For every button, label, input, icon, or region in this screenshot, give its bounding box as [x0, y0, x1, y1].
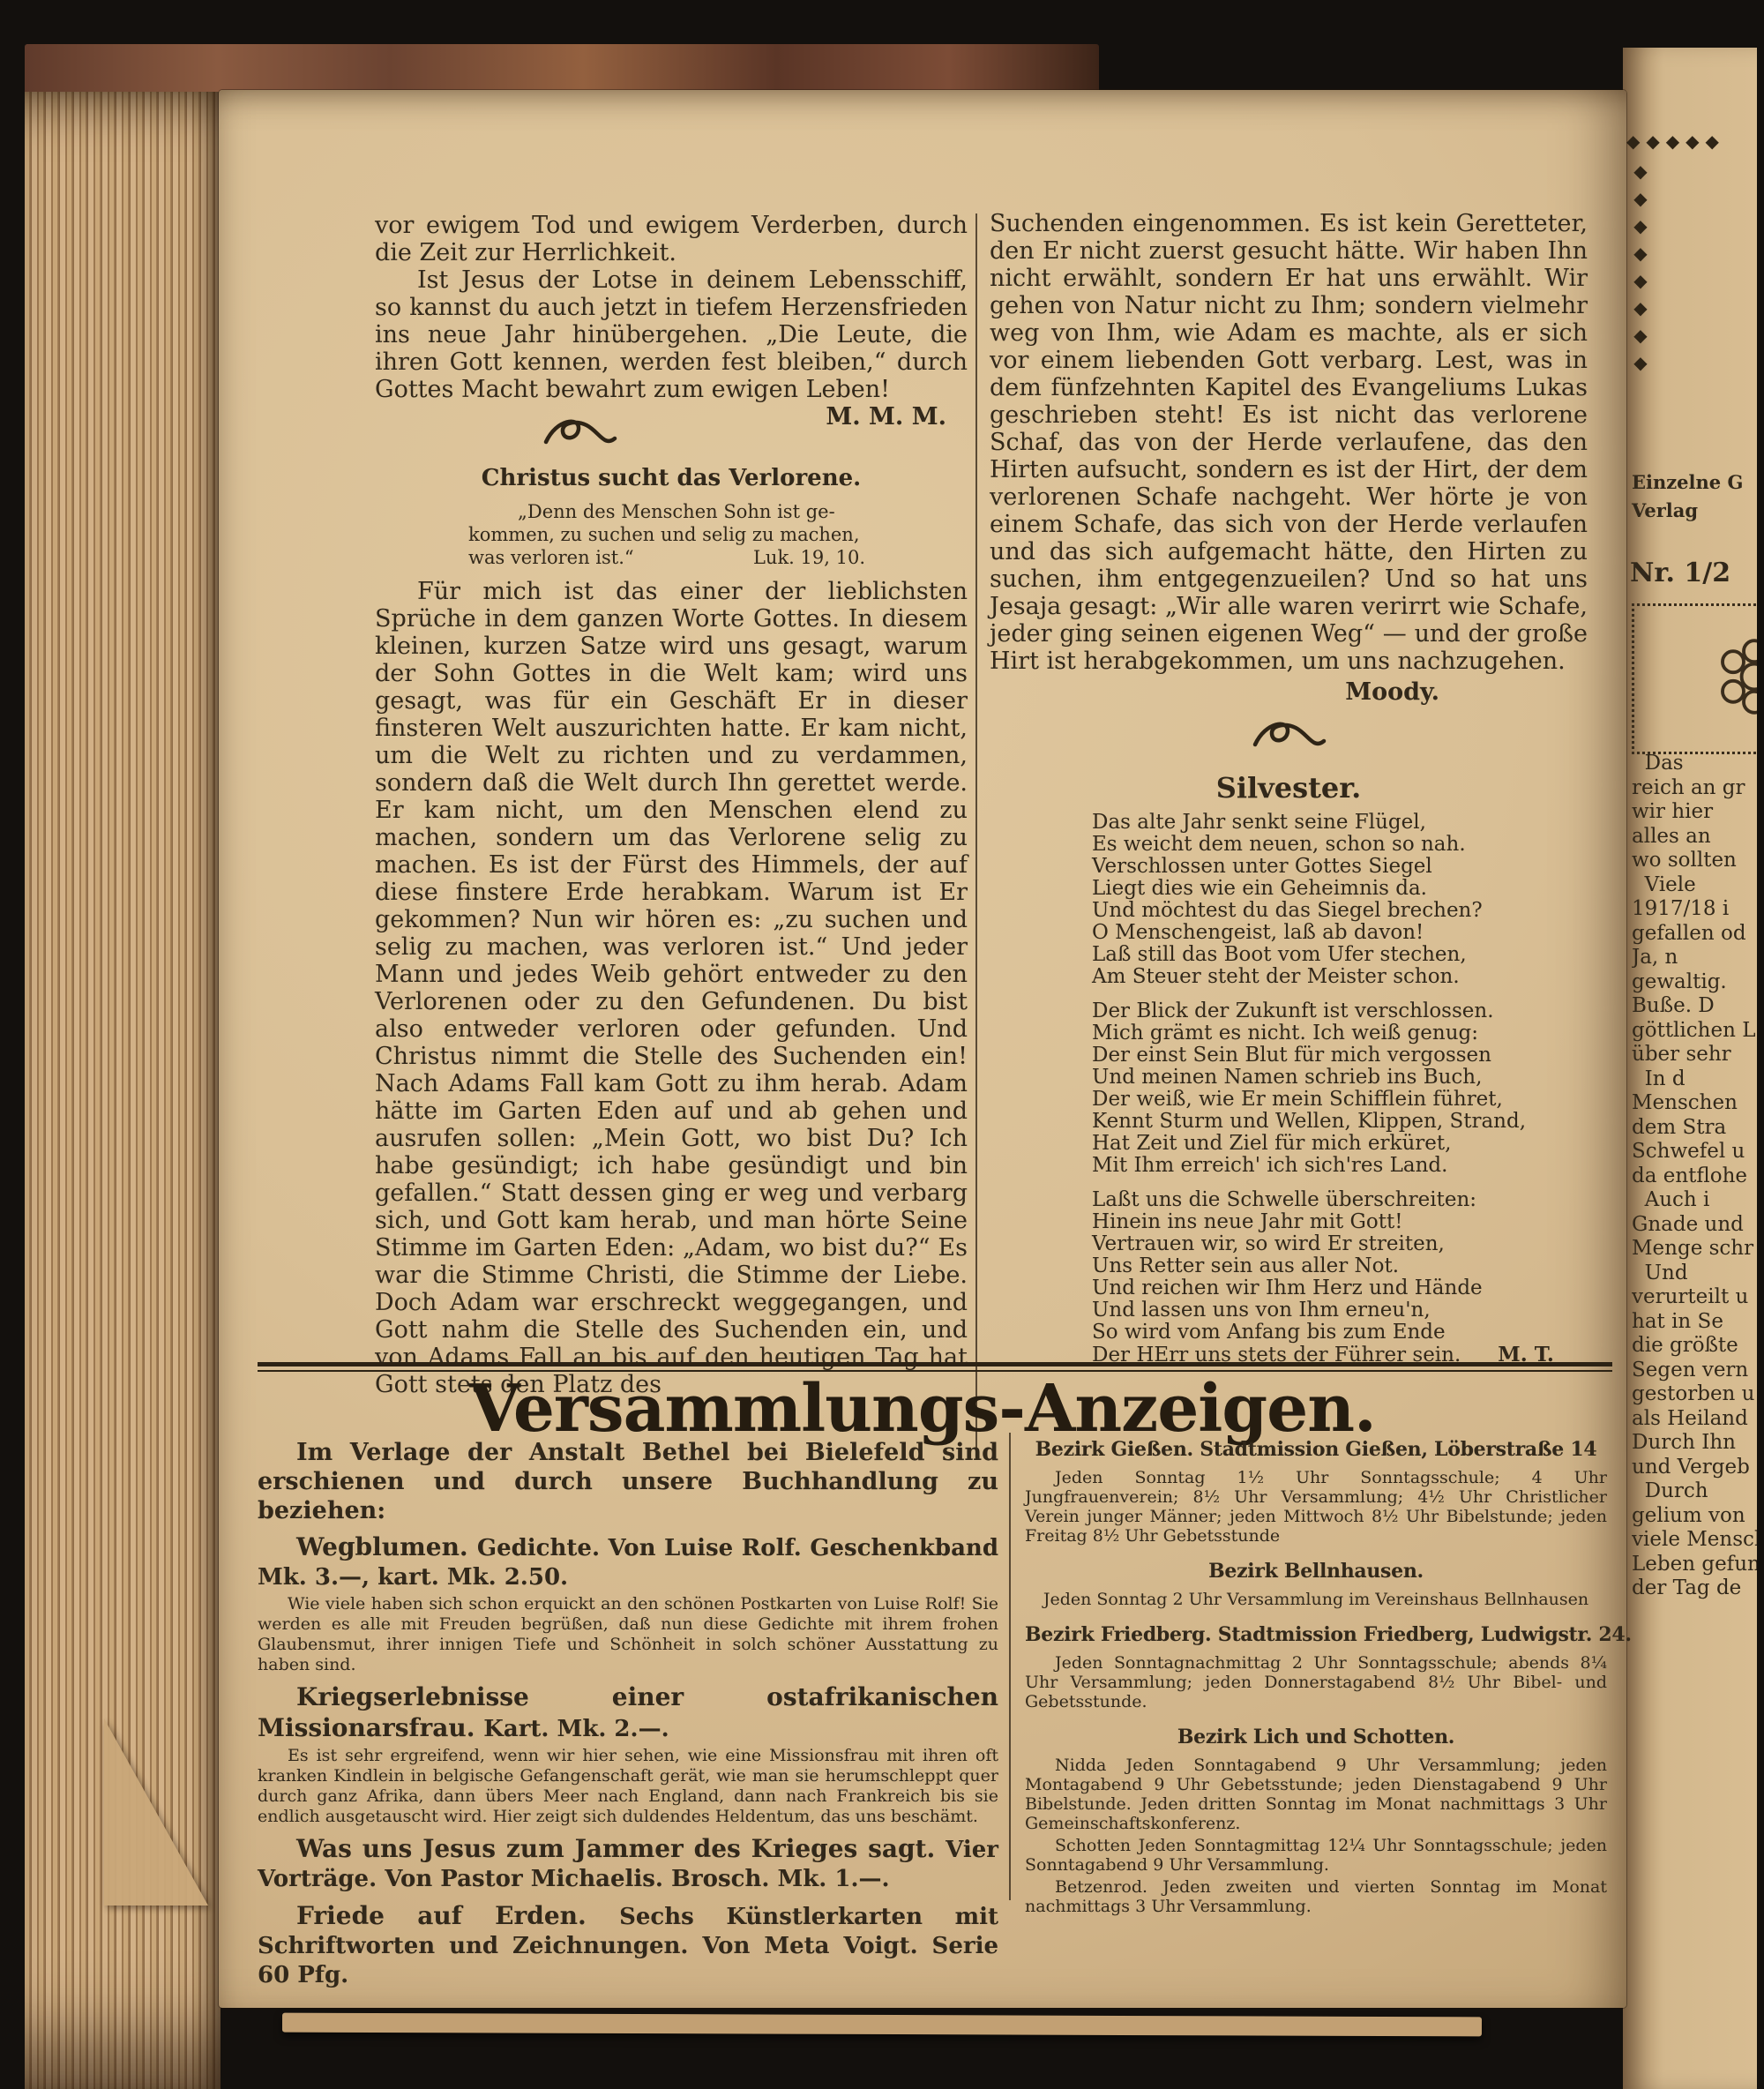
- scripture-epigraph: „Denn des Menschen Sohn ist ge- kommen, …: [468, 500, 874, 569]
- scripture-reference: Luk. 19, 10.: [753, 546, 865, 569]
- book-top-edge-marbling: [25, 44, 1099, 95]
- poem-line: Es weicht dem neuen, schon so nah.: [1092, 834, 1588, 856]
- paragraph: Ist Jesus der Lotse in deinem Lebensschi…: [375, 266, 968, 403]
- text-fragment: über sehr: [1632, 1043, 1757, 1067]
- poem-line: Mit Ihm erreich' ich sich'res Land.: [1092, 1155, 1588, 1177]
- district-schedule: Nidda Jeden Sonntagabend 9 Uhr Versammlu…: [1025, 1756, 1607, 1833]
- text-fragment: reich an gr: [1632, 776, 1757, 801]
- poem-stanza: Das alte Jahr senkt seine Flügel,Es weic…: [1092, 812, 1588, 988]
- text-fragment: Und: [1632, 1262, 1757, 1286]
- masthead-fragment: Verlag: [1632, 499, 1698, 521]
- text-fragment: wo sollten: [1632, 849, 1757, 873]
- text-fragment: Ja, n: [1632, 946, 1757, 970]
- article-right-column: Suchenden eingenommen. Es ist kein Geret…: [990, 210, 1588, 1379]
- district-schedule: Jeden Sonntag 2 Uhr Versammlung im Verei…: [1025, 1590, 1607, 1609]
- text-fragment: da entflohe: [1632, 1164, 1757, 1189]
- poem-line: Verschlossen unter Gottes Siegel: [1092, 856, 1588, 878]
- issue-number: Nr. 1/2: [1630, 558, 1730, 588]
- text-fragment: Segen vern: [1632, 1359, 1757, 1383]
- book-item-title: Was uns Jesus zum Jammer des Krieges sag…: [258, 1834, 998, 1894]
- author-initials: M. M. M.: [783, 403, 968, 431]
- book-item-title: Wegblumen. Gedichte. Von Luise Rolf. Ges…: [258, 1532, 998, 1592]
- text-fragment: viele Mensch: [1632, 1528, 1757, 1553]
- poem-line: Und möchtest du das Siegel brechen?: [1092, 900, 1588, 922]
- poem: Das alte Jahr senkt seine Flügel,Es weic…: [1092, 812, 1588, 1366]
- district-heading: Bezirk Gießen. Stadtmission Gießen, Löbe…: [1025, 1438, 1607, 1461]
- text-fragment: Durch: [1632, 1479, 1757, 1504]
- poem-line: Hinein ins neue Jahr mit Gott!: [1092, 1211, 1588, 1233]
- poem-line: O Menschengeist, laß ab davon!: [1092, 922, 1588, 944]
- text-fragment: hat in Se: [1632, 1310, 1757, 1335]
- diamond-border-ornament: ◆◆◆◆◆◆◆◆: [1630, 161, 1651, 513]
- district-heading: Bezirk Bellnhausen.: [1025, 1560, 1607, 1583]
- left-page: vor ewigem Tod und ewigem Verderben, dur…: [219, 90, 1626, 2008]
- book-list: Wegblumen. Gedichte. Von Luise Rolf. Ges…: [258, 1532, 998, 1990]
- text-fragment: dem Stra: [1632, 1116, 1757, 1141]
- paragraph-text: Ist Jesus der Lotse in deinem Lebensschi…: [375, 266, 968, 403]
- poem-stanza: Laßt uns die Schwelle überschreiten:Hine…: [1092, 1189, 1588, 1366]
- poem-line: So wird vom Anfang bis zum Ende: [1092, 1322, 1588, 1344]
- district-schedule: Jeden Sonntagnachmittag 2 Uhr Sonntagssc…: [1025, 1653, 1607, 1711]
- flower-ornament-icon: [1712, 634, 1757, 719]
- text-fragment: Gnade und: [1632, 1213, 1757, 1238]
- poem-line: Kennt Sturm und Wellen, Klippen, Strand,: [1092, 1111, 1588, 1133]
- poem-line: Der einst Sein Blut für mich vergossen: [1092, 1044, 1588, 1067]
- text-fragment: der Tag de: [1632, 1576, 1757, 1601]
- text-fragment: 1917/18 i: [1632, 897, 1757, 922]
- poem-line: Mich grämt es nicht. Ich weiß genug:: [1092, 1022, 1588, 1044]
- poem-line: Laß still das Boot vom Ufer stechen,: [1092, 944, 1588, 966]
- districts: Bezirk Gießen. Stadtmission Gießen, Löbe…: [1025, 1438, 1607, 1916]
- text-fragment: gestorben u: [1632, 1382, 1757, 1407]
- publisher-intro: Im Verlage der Anstalt Bethel bei Bielef…: [258, 1438, 998, 1525]
- dotted-ornament-box: [1632, 603, 1757, 754]
- text-fragment: gelium von: [1632, 1504, 1757, 1529]
- bottom-page-edge: [282, 2013, 1482, 2037]
- article-title: Christus sucht das Verlorene.: [375, 465, 968, 491]
- book-photo-scene: ◆◆◆◆◆ ◆◆◆◆◆◆◆◆ Einzelne G Verlag Nr. 1/2…: [0, 0, 1764, 2089]
- text-fragment: gewaltig.: [1632, 970, 1757, 995]
- text-fragment: Menschen: [1632, 1091, 1757, 1116]
- text-fragment: wir hier: [1632, 800, 1757, 825]
- book-item-note: Es ist sehr ergreifend, wenn wir hier se…: [258, 1746, 998, 1827]
- poem-line: Laßt uns die Schwelle überschreiten:: [1092, 1189, 1588, 1211]
- text-fragment: Durch Ihn: [1632, 1431, 1757, 1456]
- text-fragment: Viele: [1632, 873, 1757, 898]
- district-schedule: Schotten Jeden Sonntagmittag 12¼ Uhr Son…: [1025, 1836, 1607, 1875]
- text-fragment: Das: [1632, 752, 1757, 776]
- author-signature: Moody.: [990, 678, 1588, 706]
- article-body: Für mich ist das einer der lieblichsten …: [375, 578, 968, 1398]
- text-fragment: Schwefel u: [1632, 1140, 1757, 1164]
- announcements-left-column: Im Verlage der Anstalt Bethel bei Bielef…: [258, 1438, 998, 1992]
- poem-line: Am Steuer steht der Meister schon.: [1092, 966, 1588, 988]
- poem-line: Hat Zeit und Ziel für mich erküret,: [1092, 1133, 1588, 1155]
- text-fragment: gefallen od: [1632, 922, 1757, 947]
- epigraph-line: was verloren ist.“ Luk. 19, 10.: [468, 546, 874, 569]
- poem-line: Uns Retter sein aus aller Not.: [1092, 1255, 1588, 1277]
- flourish-icon: [990, 715, 1588, 762]
- text-fragment: Leben gefun: [1632, 1553, 1757, 1577]
- article-body: Suchenden eingenommen. Es ist kein Geret…: [990, 210, 1588, 675]
- poem-title: Silvester.: [990, 771, 1588, 805]
- district-schedule: Betzenrod. Jeden zweiten und vierten Son…: [1025, 1877, 1607, 1916]
- poem-line: Das alte Jahr senkt seine Flügel,: [1092, 812, 1588, 834]
- text-fragment: die größte: [1632, 1334, 1757, 1359]
- text-fragment: Menge schr: [1632, 1237, 1757, 1262]
- poem-line: Vertrauen wir, so wird Er streiten,: [1092, 1233, 1588, 1255]
- epigraph-line: kommen, zu suchen und selig zu machen,: [468, 523, 874, 546]
- district-schedule: Jeden Sonntag 1½ Uhr Sonntagsschule; 4 U…: [1025, 1468, 1607, 1546]
- article-left-column: vor ewigem Tod und ewigem Verderben, dur…: [375, 212, 968, 1398]
- text-fragment: verurteilt u: [1632, 1285, 1757, 1310]
- poem-line: Der weiß, wie Er mein Schifflein führet,: [1092, 1089, 1588, 1111]
- masthead-fragment: Einzelne G: [1632, 471, 1743, 493]
- poem-line: Und reichen wir Ihm Herz und Hände: [1092, 1277, 1588, 1299]
- epigraph-line: „Denn des Menschen Sohn ist ge-: [468, 500, 874, 523]
- text-fragment: Buße. D: [1632, 994, 1757, 1019]
- announcements-right-column: Bezirk Gießen. Stadtmission Gießen, Löbe…: [1025, 1424, 1607, 1919]
- text-fragment: und Vergeb: [1632, 1456, 1757, 1480]
- right-page-sliver: ◆◆◆◆◆ ◆◆◆◆◆◆◆◆ Einzelne G Verlag Nr. 1/2…: [1623, 48, 1757, 2089]
- poem-line: Und meinen Namen schrieb ins Buch,: [1092, 1067, 1588, 1089]
- folded-page-corner: [104, 1718, 208, 1906]
- poem-line: Liegt dies wie ein Geheimnis da.: [1092, 878, 1588, 900]
- book-item-note: Wie viele haben sich schon erquickt an d…: [258, 1594, 998, 1675]
- text-fragment: In d: [1632, 1067, 1757, 1092]
- column-divider-rule: [1009, 1433, 1011, 1900]
- text-fragment: Auch i: [1632, 1188, 1757, 1213]
- poem-line: Der Blick der Zukunft ist verschlossen.: [1092, 1000, 1588, 1022]
- diamond-border-ornament: ◆◆◆◆◆: [1626, 131, 1725, 152]
- book-item-title: Friede auf Erden. Sechs Künstlerkarten m…: [258, 1901, 998, 1990]
- district-heading: Bezirk Friedberg. Stadtmission Friedberg…: [1025, 1623, 1607, 1646]
- text-fragment: als Heiland: [1632, 1407, 1757, 1432]
- book-item-title: Kriegserlebnisse einer ostafrikanischen …: [258, 1682, 998, 1744]
- column-divider-rule: [975, 213, 977, 1450]
- poem-stanza: Der Blick der Zukunft ist verschlossen.M…: [1092, 1000, 1588, 1177]
- epigraph-text: was verloren ist.“: [468, 546, 634, 569]
- text-fragment: alles an: [1632, 825, 1757, 850]
- poem-line: Und lassen uns von Ihm erneu'n,: [1092, 1299, 1588, 1322]
- text-fragment: göttlichen L: [1632, 1019, 1757, 1044]
- paragraph: vor ewigem Tod und ewigem Verderben, dur…: [375, 212, 968, 266]
- district-heading: Bezirk Lich und Schotten.: [1025, 1726, 1607, 1748]
- right-page-fragments: Dasreich an grwir hieralles anwo sollten…: [1632, 752, 1757, 1601]
